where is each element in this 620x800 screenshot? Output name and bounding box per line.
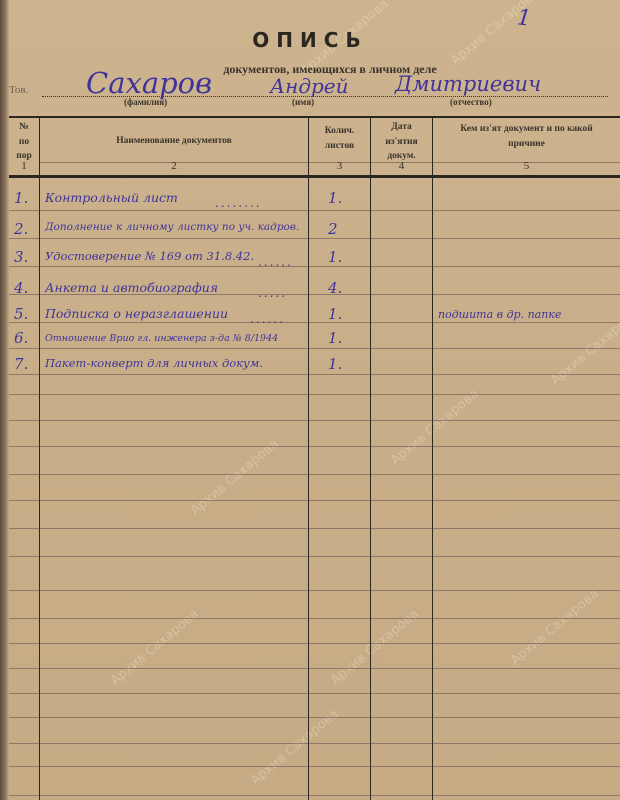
comrade-label: Тов. xyxy=(9,84,28,96)
leader-dots: ........ xyxy=(215,196,262,210)
table-row: 4. Анкета и автобиография ..... 4. xyxy=(0,279,620,302)
row-number: 7. xyxy=(14,355,28,373)
table-row: 7. Пакет-конверт для личных докум. 1. xyxy=(0,355,620,378)
row-number: 5. xyxy=(14,305,28,323)
document-name: Контрольный лист xyxy=(45,190,178,205)
header-col-3: Колич. листов xyxy=(309,124,370,153)
table-row: 6. Отношение Врио гл. инженера з-да № 8/… xyxy=(0,329,620,352)
header-label: Кем из'ят документ и по какой xyxy=(433,122,620,137)
header-col-2: Наименование документов xyxy=(40,134,308,149)
sheet-count: 2 xyxy=(328,220,338,238)
header-label: по xyxy=(9,135,39,150)
document-name: Отношение Врио гл. инженера з-да № 8/194… xyxy=(45,333,278,344)
header-label: Колич. xyxy=(309,124,370,139)
surname-handwritten: Сахаров xyxy=(86,66,212,100)
leader-dots: ..... xyxy=(258,286,287,300)
sheet-count: 1. xyxy=(328,189,342,207)
watermark: Архив Сахарова xyxy=(508,587,602,669)
header-label: Дата xyxy=(371,120,432,135)
column-number: 3 xyxy=(309,160,370,172)
document-name: Дополнение к личному листку по уч. кадро… xyxy=(45,221,299,233)
column-number: 4 xyxy=(371,160,432,172)
surname-caption: (фамилия) xyxy=(124,97,167,107)
sheet-count: 1. xyxy=(328,355,342,373)
header-label: № xyxy=(9,120,39,135)
removal-remark: подшита в др. папке xyxy=(438,308,561,321)
binding-edge xyxy=(0,0,9,800)
header-label: причине xyxy=(433,137,620,152)
leader-dots: ...... xyxy=(250,312,285,326)
document-name: Удостоверение № 169 от 31.8.42. xyxy=(45,249,254,263)
column-number: 1 xyxy=(9,160,39,172)
patronymic-caption: (отчество) xyxy=(450,97,492,107)
watermark: Архив Сахарова xyxy=(248,707,342,789)
row-number: 1. xyxy=(14,189,28,207)
document-name: Пакет-конверт для личных докум. xyxy=(45,356,263,370)
document-title: ОПИСЬ xyxy=(0,28,620,52)
leader-dots: ...... xyxy=(258,255,293,269)
document-name: Анкета и автобиография xyxy=(45,280,218,295)
header-col-5: Кем из'ят документ и по какой причине xyxy=(433,122,620,151)
header-col-1: № по пор xyxy=(9,120,39,164)
sheet-count: 1. xyxy=(328,305,342,323)
header-label: Наименование документов xyxy=(40,134,308,149)
row-number: 6. xyxy=(14,329,28,347)
header-label: из'ятия xyxy=(371,135,432,150)
watermark: Архив Сахарова xyxy=(388,387,482,469)
row-number: 4. xyxy=(14,279,28,297)
patronymic-handwritten: Дмитриевич xyxy=(395,72,541,96)
header-col-4: Дата из'ятия докум. xyxy=(371,120,432,164)
table-row: 2. Дополнение к личному листку по уч. ка… xyxy=(0,220,620,243)
table-top-rule xyxy=(9,116,620,118)
archival-document-page: Архив Сахарова Архив Сахарова Архив Саха… xyxy=(0,0,620,800)
row-number: 2. xyxy=(14,220,28,238)
column-number: 2 xyxy=(40,160,308,172)
sheet-count: 1. xyxy=(328,248,342,266)
watermark: Архив Сахарова xyxy=(188,437,282,519)
row-number: 3. xyxy=(14,248,28,266)
first-name-handwritten: Андрей xyxy=(270,74,349,98)
table-row: 5. Подписка о неразглашении ...... 1. по… xyxy=(0,305,620,328)
column-number: 5 xyxy=(433,160,620,172)
first-name-caption: (имя) xyxy=(292,97,314,107)
table-row: 3. Удостоверение № 169 от 31.8.42. .....… xyxy=(0,248,620,271)
header-bottom-rule xyxy=(9,175,620,178)
sheet-count: 4. xyxy=(328,279,342,297)
table-row: 1. Контрольный лист ........ 1. xyxy=(0,189,620,212)
header-label: листов xyxy=(309,139,370,154)
sheet-count: 1. xyxy=(328,329,342,347)
document-name: Подписка о неразглашении xyxy=(45,306,228,321)
